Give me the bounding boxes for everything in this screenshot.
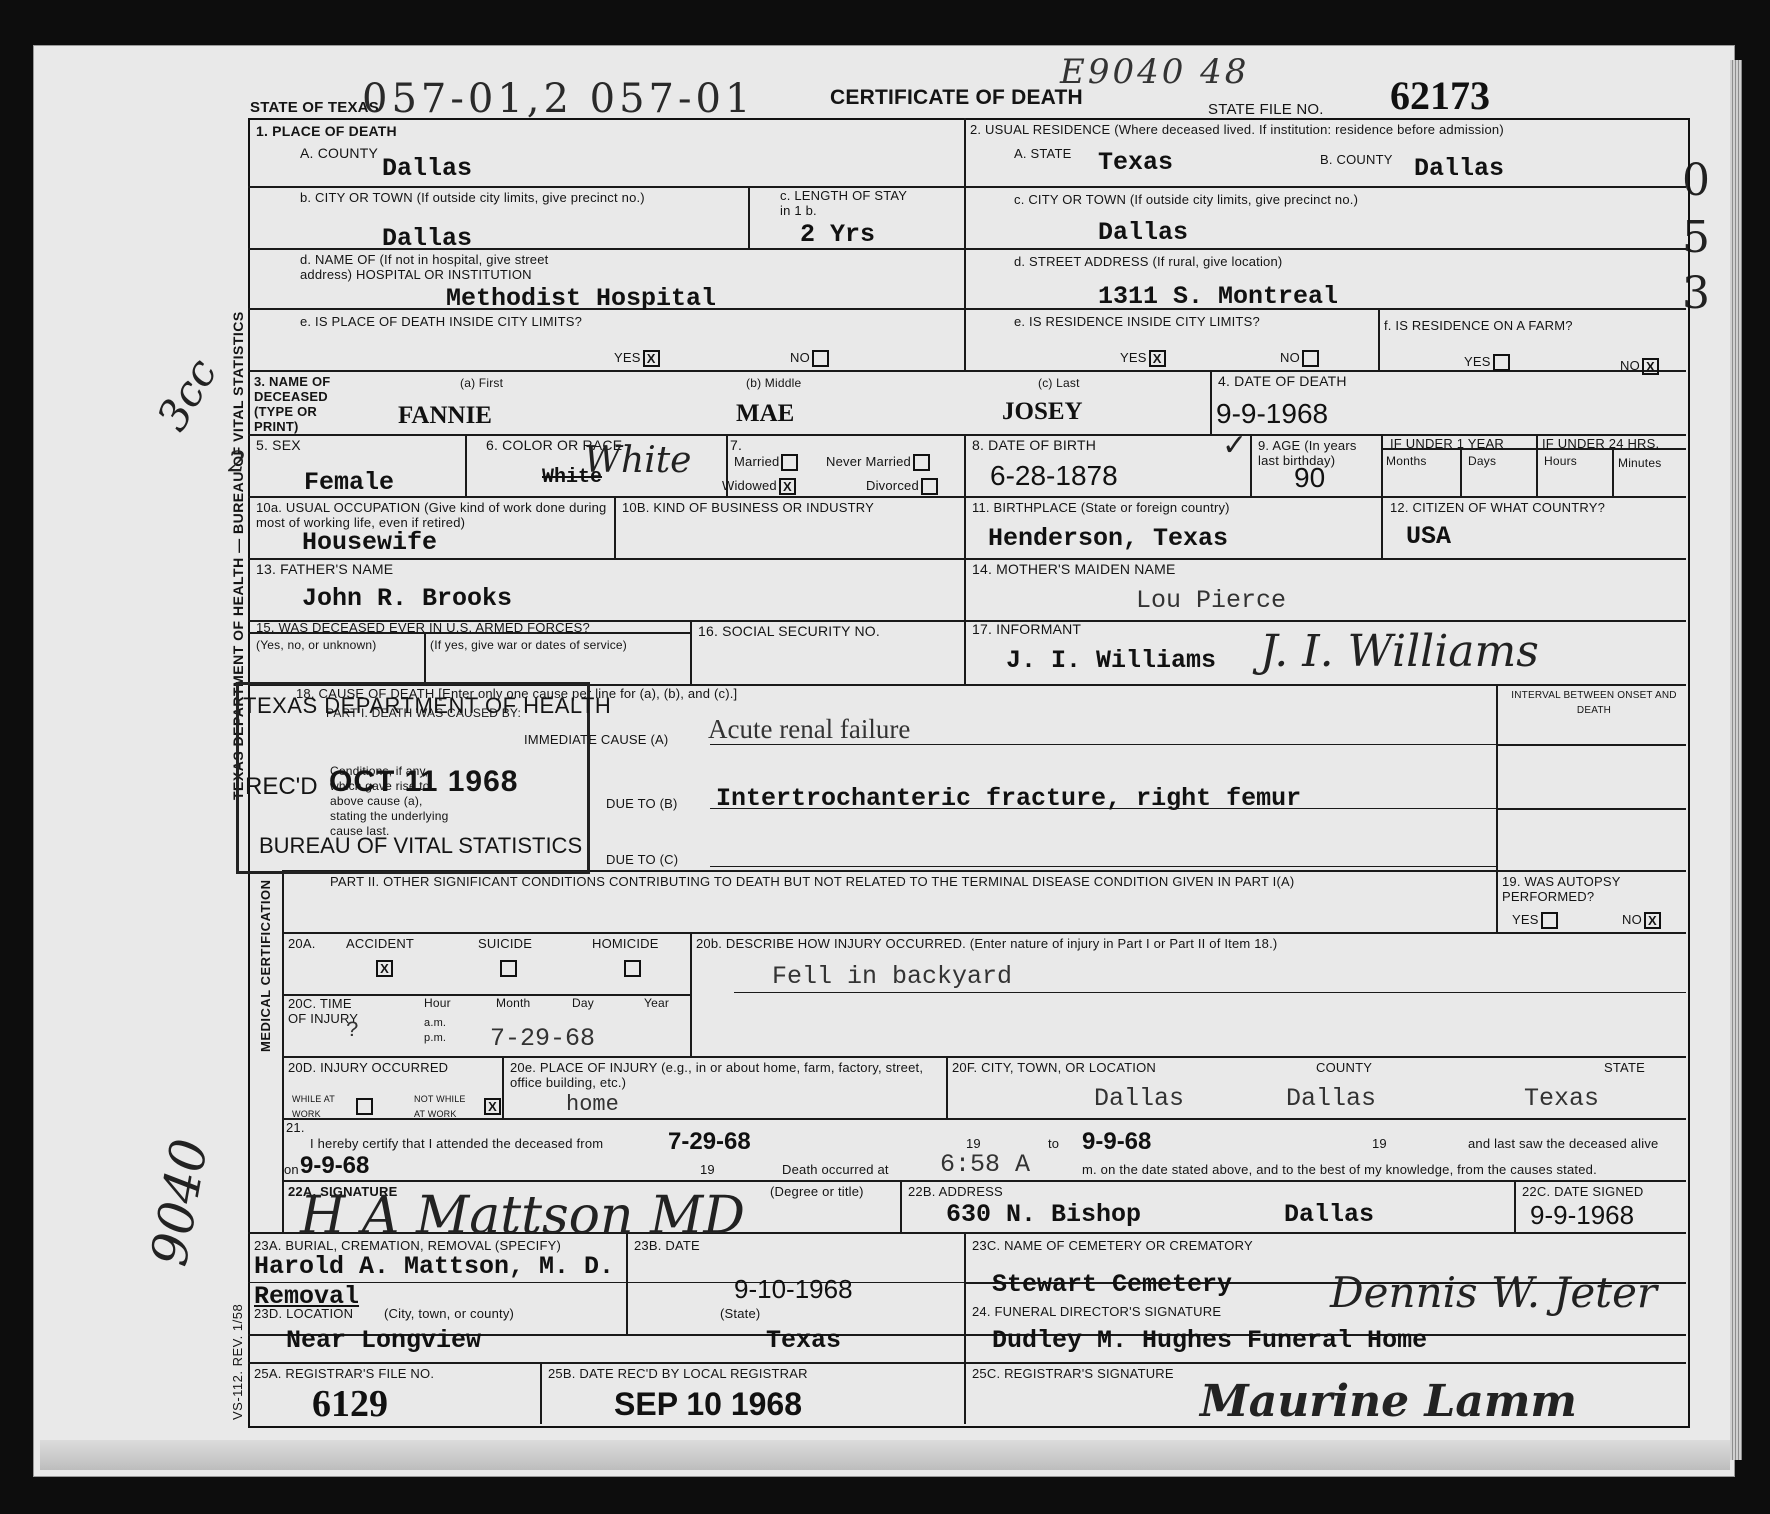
checkbox-checked[interactable]: X [1644,912,1661,929]
divider [540,1362,542,1424]
degree-label: (Degree or title) [770,1184,864,1199]
burial-date-value: 9-10-1968 [734,1274,853,1305]
immediate-cause-value: Acute renal failure [708,714,910,745]
marital-label: 7. [730,438,742,453]
months-label: Months [1386,454,1427,469]
informant-value: J. I. Williams [1006,646,1216,675]
registrar-file-label: 25a. REGISTRAR'S FILE NO. [254,1366,434,1381]
hospital-label: d. NAME OF (If not in hospital, give str… [300,252,560,282]
state-file-label: STATE FILE NO. [1208,102,1324,117]
received-stamp: TEXAS DEPARTMENT OF HEALTH REC'D OCT 11 … [236,682,590,874]
divider [282,932,1686,934]
divider [900,1180,902,1232]
burial-location-label: 23d. LOCATION [254,1306,353,1321]
date-signed-value: 9-9-1968 [1530,1200,1634,1231]
stamp-agency: TEXAS DEPARTMENT OF HEALTH [243,693,611,719]
cemetery-label: 23c. NAME OF CEMETERY OR CREMATORY [972,1238,1253,1253]
divider [282,1118,1686,1120]
autopsy-label: 19. WAS AUTOPSY PERFORMED? [1502,874,1682,904]
injury-state-label: STATE [1604,1060,1645,1075]
attended-to-value: 9-9-68 [1082,1128,1151,1156]
divider [614,496,616,558]
certification-number: 21. [286,1120,305,1135]
checkbox-checked[interactable]: X [1642,358,1659,375]
burial-date-label: 23b. DATE [634,1238,700,1253]
divider [465,434,467,496]
birth-date-value: 6-28-1878 [990,460,1118,492]
minutes-label: Minutes [1618,456,1661,471]
divider [1514,1180,1516,1232]
divider [282,870,284,1232]
checkbox-unchecked[interactable] [913,454,930,471]
mother-value: Lou Pierce [1136,586,1286,615]
registrar-signature: Maurine Lamm [1200,1376,1577,1427]
form-id: VS-112. REV. 1/58 [230,1304,245,1420]
divider [1612,448,1614,496]
divider [1496,744,1686,746]
injury-state-value: Texas [1524,1084,1599,1113]
place-of-injury-label: 20e. PLACE OF INJURY (e.g., in or about … [510,1060,940,1090]
divider [1460,448,1462,496]
injury-county-value: Dallas [1286,1084,1376,1113]
checkbox-unchecked[interactable] [1541,912,1558,929]
last-seen-date-value: 9-9-68 [300,1152,369,1180]
handwritten-note-2: 2 [228,445,246,478]
first-name-label: (a) First [460,376,503,391]
checkbox-unchecked[interactable] [1302,350,1319,367]
handwritten-reference: E9040 48 [1060,52,1249,92]
hospital-value: Methodist Hospital [446,284,716,313]
divider [1210,370,1212,434]
death-county-value: Dallas [382,154,472,183]
res-inside-limits-label: e. IS RESIDENCE INSIDE CITY LIMITS? [1014,314,1260,329]
homicide-label: HOMICIDE [592,936,659,951]
divider [282,1180,1686,1182]
county-label: a. COUNTY [300,146,378,161]
divider [964,1232,966,1424]
physician-typed-name: Harold A. Mattson, M. D. [254,1252,614,1281]
res-street-value: 1311 S. Montreal [1098,282,1338,311]
divider [282,1056,1686,1058]
stamp-date: OCT 11 1968 [329,765,518,799]
death-inside-limits-yes[interactable]: YESX [614,350,660,367]
divider [964,186,1686,188]
hour-label: Hour [424,996,451,1011]
divider [248,1362,1686,1364]
divider [690,932,692,1056]
armed-forces-sub1: (Yes, no, or unknown) [256,638,377,653]
autopsy-yes[interactable]: YES [1512,912,1558,929]
divider [248,496,1686,498]
birth-date-label: 8. DATE OF BIRTH [972,438,1096,453]
divider [946,1056,948,1118]
marital-widowed[interactable]: WidowedX [722,478,796,495]
divider [1536,434,1538,496]
res-farm-no[interactable]: NOX [1620,358,1659,375]
state-sub-label: (State) [720,1306,760,1321]
injury-desc-line [734,992,1686,993]
middle-name-value: MAE [736,400,794,428]
date-signed-label: 22c. DATE SIGNED [1522,1184,1643,1199]
physician-address-label: 22b. ADDRESS [908,1184,1003,1199]
certification-text2: and last saw the deceased alive [1468,1136,1659,1151]
mother-label: 14. MOTHER'S MAIDEN NAME [972,562,1176,577]
marital-divorced[interactable]: Divorced [866,478,938,495]
first-name-value: FANNIE [398,402,492,430]
injury-types-label: 20a. [288,936,316,951]
birthplace-label: 11. BIRTHPLACE (State or foreign country… [972,500,1230,515]
death-inside-limits-label: e. IS PLACE OF DEATH INSIDE CITY LIMITS? [300,314,582,329]
injury-hour-value: ? [346,1018,359,1043]
divider [248,558,1686,560]
to-label: to [1048,1136,1059,1151]
sex-label: 5. SEX [256,438,301,453]
funeral-director-signature: Dennis W. Jeter [1330,1268,1657,1317]
checkbox-unchecked[interactable] [921,478,938,495]
hours-label: Hours [1544,454,1577,469]
divider [1378,308,1380,372]
nineteen-label-2: 19 [1372,1136,1387,1151]
days-label: Days [1468,454,1496,469]
injury-city-value: Dallas [1094,1084,1184,1113]
father-value: John R. Brooks [302,584,512,613]
last-name-label: (c) Last [1038,376,1080,391]
death-time-value: 6:58 A [940,1150,1030,1179]
divider [502,1056,504,1118]
res-county-label: b. COUNTY [1320,152,1393,167]
due-to-b-value: Intertrochanteric fracture, right femur [716,784,1301,813]
death-inside-limits-no[interactable]: NO [790,350,829,367]
registrar-date-value: SEP 10 1968 [614,1386,802,1423]
injury-date-value: 7-29-68 [490,1024,595,1053]
injury-occurred-label: 20d. INJURY OCCURRED [288,1060,448,1075]
occupation-label: 10a. USUAL OCCUPATION (Give kind of work… [256,500,610,530]
cemetery-value: Stewart Cemetery [992,1270,1232,1299]
accident-label: ACCIDENT [346,936,414,951]
divider [964,118,966,372]
res-street-label: d. STREET ADDRESS (If rural, give locati… [1014,254,1282,269]
injury-county-label: COUNTY [1316,1060,1372,1075]
injury-describe-value: Fell in backyard [772,962,1012,991]
physician-address-city: Dallas [1284,1200,1374,1229]
stamp-recd: REC'D [245,773,318,801]
divider [690,620,692,684]
res-inside-limits-yes[interactable]: YESX [1120,350,1166,367]
paper-stack-right-edge [1730,60,1742,1460]
place-of-death-label: 1. PLACE OF DEATH [256,124,397,139]
certification-text1: I hereby certify that I attended the dec… [310,1136,603,1151]
race-handwritten-value: White [584,440,691,481]
marital-married[interactable]: Married [734,454,798,471]
age-value: 90 [1294,462,1325,494]
occupation-value: Housewife [302,528,437,557]
paper-stack-edge [40,1440,1730,1470]
funeral-home-value: Dudley M. Hughes Funeral Home [992,1326,1427,1355]
document-title: CERTIFICATE OF DEATH [830,86,1083,110]
res-county-value: Dallas [1414,154,1504,183]
armed-forces-sub2: (If yes, give war or dates of service) [430,638,627,653]
res-farm-yes[interactable]: YES [1464,354,1510,371]
citizen-label: 12. CITIZEN OF WHAT COUNTRY? [1390,500,1605,515]
injury-city-label: 20f. CITY, TOWN, OR LOCATION [952,1060,1156,1075]
burial-state-value: Texas [766,1326,841,1355]
under-1-year-label: IF UNDER 1 YEAR [1390,436,1504,451]
middle-name-label: (b) Middle [746,376,801,391]
location-sub-label: (City, town, or county) [384,1306,514,1321]
funeral-director-label: 24. FUNERAL DIRECTOR'S SIGNATURE [972,1304,1221,1319]
state-label: STATE OF TEXAS [250,100,379,115]
attended-from-value: 7-29-68 [668,1128,751,1156]
checkbox-unchecked[interactable] [1493,354,1510,371]
nineteen-label-3: 19 [700,1162,715,1177]
month-label: Month [496,996,530,1011]
part2-label: PART II. OTHER SIGNIFICANT CONDITIONS CO… [330,874,1490,889]
usual-residence-label: 2. USUAL RESIDENCE (Where deceased lived… [970,122,1504,137]
deceased-name-label: 3. NAME OF DECEASED (Type or print) [254,374,364,434]
marital-never-married[interactable]: Never Married [826,454,930,471]
handwritten-codes: 057-01,2 057-01 [362,76,754,122]
due-to-b-label: DUE TO (b) [606,796,678,811]
length-of-stay-label: c. LENGTH OF STAY in 1 b. [780,188,920,218]
while-at-work-checkbox[interactable] [356,1098,373,1115]
checkbox-checked[interactable]: X [1149,350,1166,367]
business-label: 10b. KIND OF BUSINESS OR INDUSTRY [622,500,874,515]
death-city-value: Dallas [382,224,472,253]
state-file-number: 62173 [1390,72,1490,119]
registrar-date-label: 25b. DATE REC'D BY LOCAL REGISTRAR [548,1366,808,1381]
burial-location-value: Near Longview [286,1326,481,1355]
checkbox-unchecked[interactable] [781,454,798,471]
checkbox-checked[interactable]: X [643,350,660,367]
divider [1250,434,1252,496]
physician-address-value: 630 N. Bishop [946,1200,1141,1229]
suicide-label: SUICIDE [478,936,532,951]
while-at-work-label[interactable]: WHILE AT WORK [292,1092,340,1122]
not-while-at-work-label[interactable]: NOT WHILE AT WORK [414,1092,472,1122]
physician-signature: H A Mattson MD [300,1186,745,1246]
burial-method-label: 23a. BURIAL, CREMATION, REMOVAL (Specify… [254,1238,561,1253]
nineteen-label-1: 19 [966,1136,981,1151]
registrar-file-value: 6129 [312,1382,388,1426]
death-date-value: 9-9-1968 [1216,398,1328,430]
check-mark-icon: ✓ [1222,428,1247,463]
armed-forces-label: 15. WAS DECEASED EVER IN U.S. ARMED FORC… [256,620,590,635]
informant-label: 17. INFORMANT [972,622,1081,637]
ampm-label: a.m. p.m. [424,1016,454,1046]
last-name-value: JOSEY [1002,398,1083,426]
res-state-value: Texas [1098,148,1173,177]
due-to-c-label: DUE TO (c) [606,852,678,867]
homicide-checkbox[interactable] [624,960,641,977]
suicide-checkbox[interactable] [500,960,517,977]
place-of-injury-value: home [566,1092,619,1117]
checkbox-unchecked[interactable] [812,350,829,367]
injury-describe-label: 20b. DESCRIBE HOW INJURY OCCURRED. (Ente… [696,936,1277,951]
res-state-label: a. STATE [1014,146,1071,161]
divider [1496,808,1686,810]
death-city-label: b. CITY OR TOWN (If outside city limits,… [300,190,730,205]
divider [424,632,426,684]
cause-c-line [710,866,1496,867]
stamp-bureau: BUREAU OF VITAL STATISTICS [259,833,582,859]
year-label: Year [644,996,669,1011]
under-24-hrs-label: IF UNDER 24 HRS. [1542,436,1659,451]
res-inside-limits-no[interactable]: NO [1280,350,1319,367]
divider [748,186,750,248]
not-while-at-work-checkbox[interactable]: X [484,1098,501,1115]
death-occurred-label: Death occurred at [782,1162,889,1177]
day-label: Day [572,996,594,1011]
informant-signature: J. I. Williams [1260,626,1539,677]
res-city-value: Dallas [1098,218,1188,247]
autopsy-no[interactable]: NOX [1622,912,1661,929]
divider [626,1232,628,1334]
on-label: on [284,1162,299,1177]
registrar-signature-label: 25c. REGISTRAR'S SIGNATURE [972,1366,1174,1381]
checkbox-checked[interactable]: X [779,478,796,495]
birthplace-value: Henderson, Texas [988,524,1228,553]
citizen-value: USA [1406,522,1451,551]
res-city-label: c. CITY OR TOWN (If outside city limits,… [1014,192,1358,207]
death-date-label: 4. DATE OF DEATH [1218,374,1347,389]
length-of-stay-value: 2 Yrs [800,220,875,249]
ssn-label: 16. SOCIAL SECURITY NO. [698,624,880,639]
res-farm-label: f. IS RESIDENCE ON A FARM? [1384,318,1573,333]
accident-checkbox[interactable]: X [376,960,393,977]
sex-value: Female [304,468,394,497]
interval-label: INTERVAL BETWEEN ONSET AND DEATH [1504,688,1684,718]
father-label: 13. FATHER'S NAME [256,562,393,577]
certification-text3: m. on the date stated above, and to the … [1082,1162,1597,1177]
